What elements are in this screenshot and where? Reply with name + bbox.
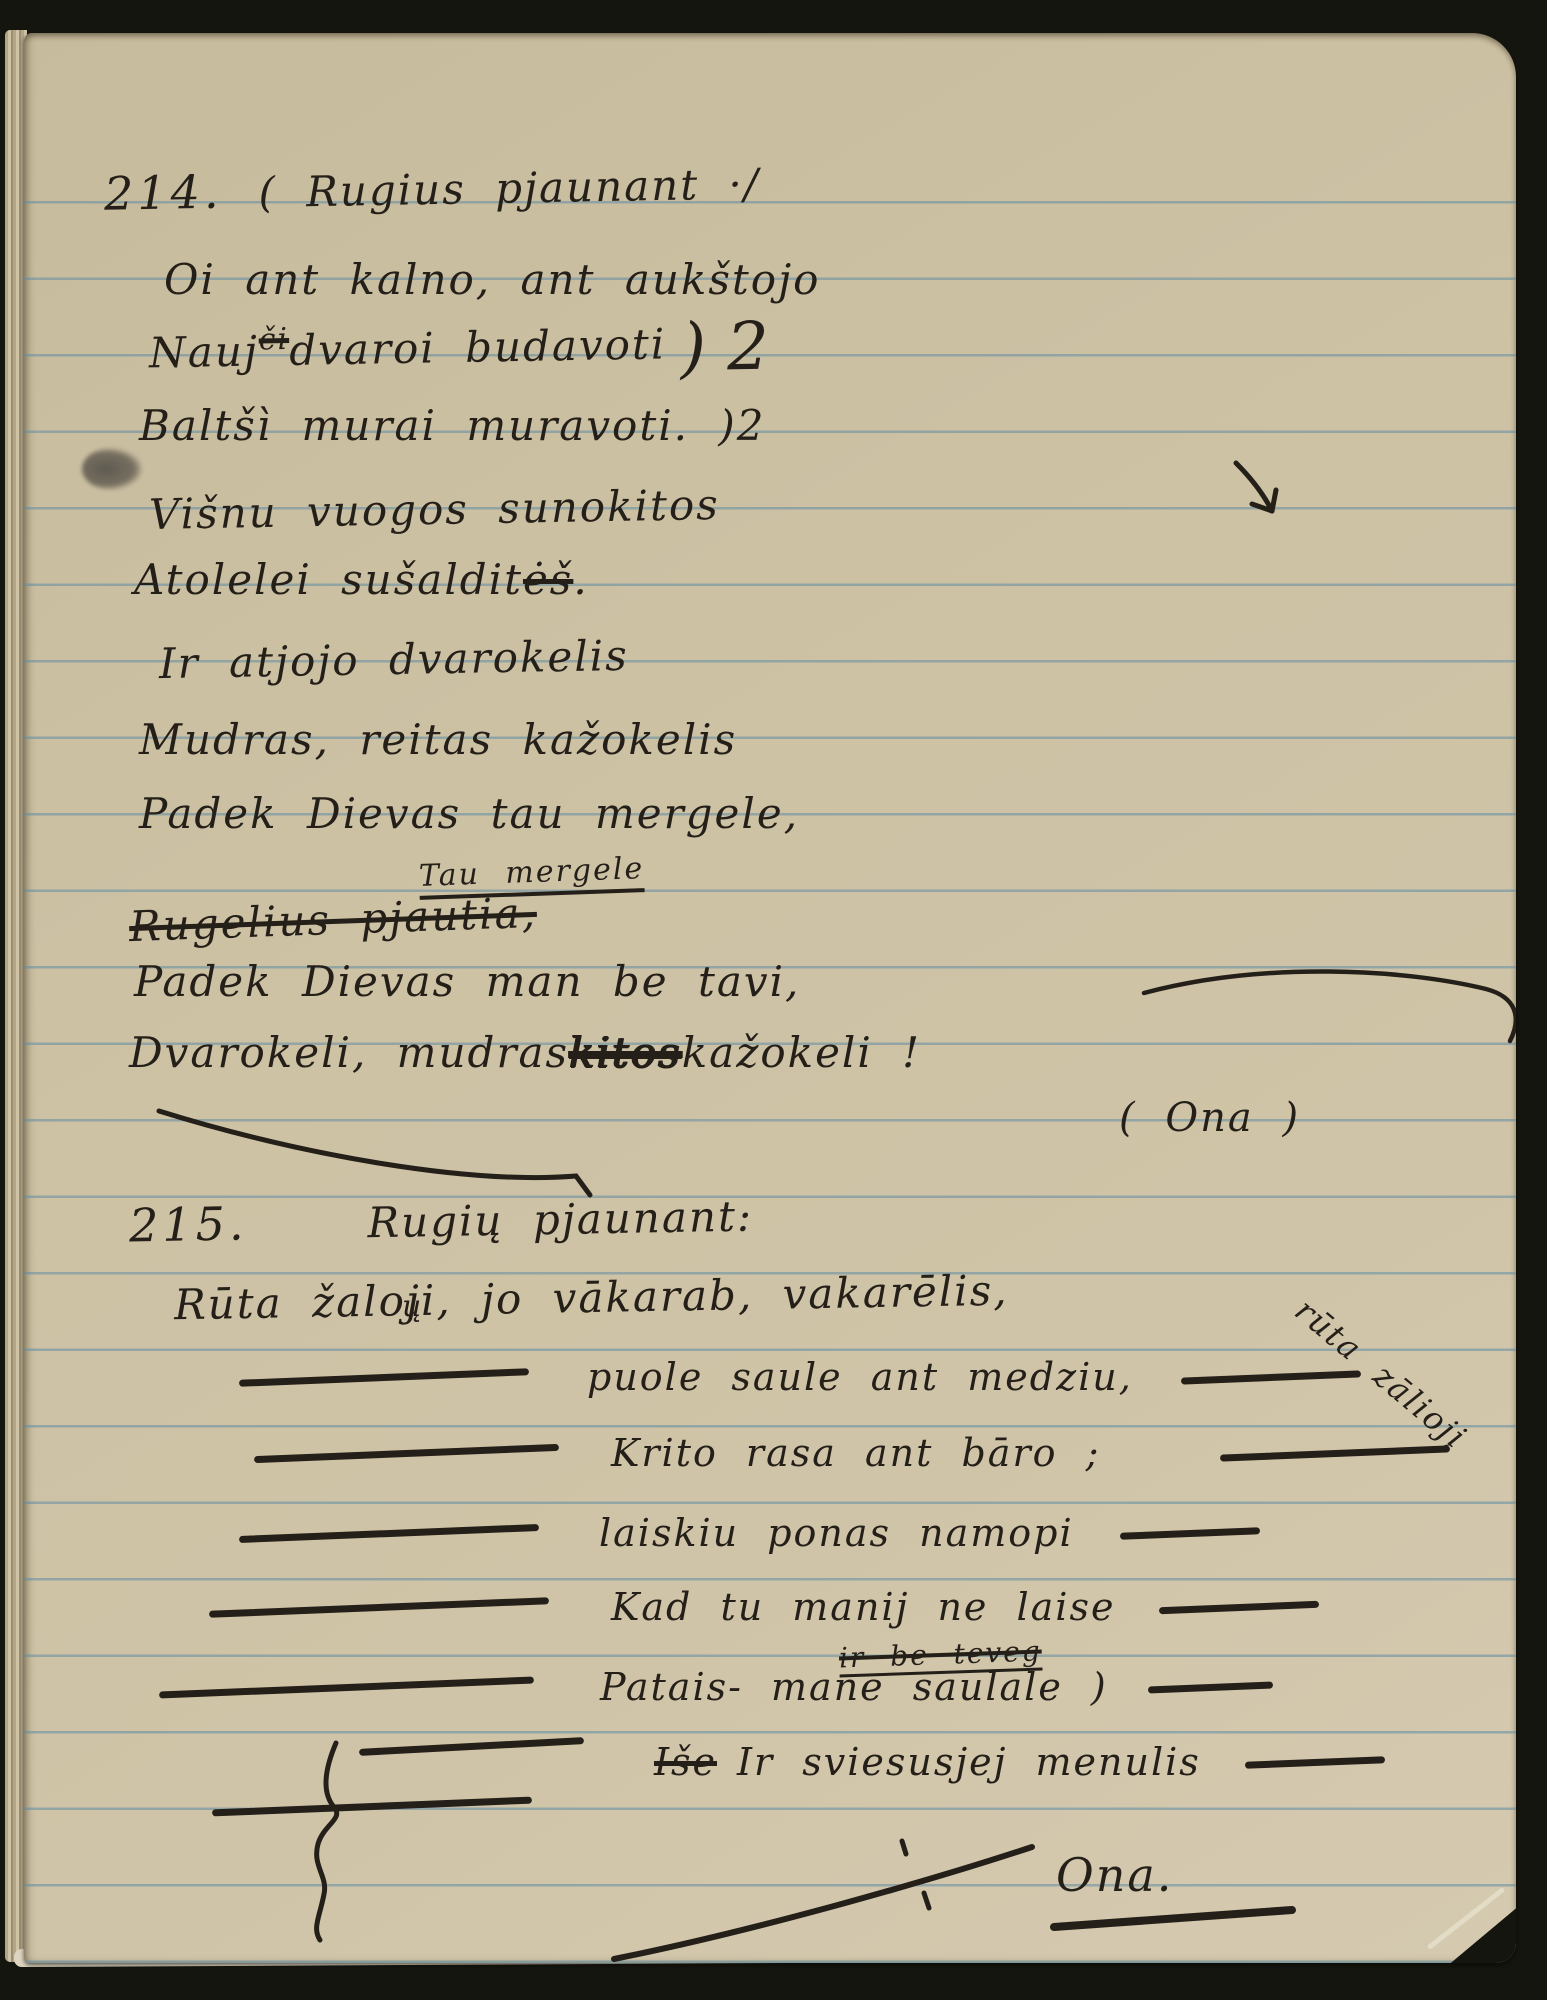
ditto-dash [1148, 1681, 1273, 1693]
verse-line: laiskiu ponas namopi [239, 1511, 1260, 1555]
ditto-dash [239, 1368, 529, 1387]
ditto-dash [1245, 1756, 1385, 1769]
struck-text: ėš [523, 555, 573, 604]
signature: Ona. [1056, 1848, 1173, 1902]
verse-line: Baltšì murai muravoti. )2 [139, 401, 765, 450]
corner-fold [1446, 1905, 1516, 1963]
ditto-dash [254, 1443, 559, 1462]
verse-line: Atolelei sušalditėš. [134, 555, 589, 604]
verse-line: puole saule ant medziu, [239, 1355, 1361, 1399]
song-215-header: 215. Rugių pjaunant: [129, 1188, 754, 1253]
verse-line: Dvarokeli, mudras kitos kažokeli ! [129, 1028, 921, 1077]
ditto-dash [359, 1737, 584, 1756]
verse-line: Patais- mane saulale ) [159, 1665, 1273, 1709]
notebook-page: 214. ( Rugius pjaunant ·/ Oi ant kalno, … [24, 33, 1516, 1963]
song-title: ( Rugius pjaunant ·/ [258, 159, 760, 217]
ink-smudge [82, 448, 142, 490]
verse-line: Kad tu manij ne laise [209, 1585, 1319, 1629]
ditto-dash [1120, 1527, 1260, 1540]
manuscript-scan: { "document": { "type": "handwritten son… [0, 0, 1547, 2000]
repeat-bracket: ) 2 [680, 347, 769, 349]
inserted-correction: či [258, 322, 289, 358]
song-214-header: 214. ( Rugius pjaunant ·/ [104, 155, 761, 220]
ditto-dash [1159, 1600, 1319, 1613]
verse-line: Krito rasa ant bāro ; [254, 1431, 1450, 1475]
ditto-dash [239, 1523, 539, 1542]
verse-line: Višnu vuogos sunokitos [149, 480, 720, 539]
song-number: 214. [104, 165, 223, 221]
struck-text: kitos [569, 1028, 682, 1077]
ditto-dash [159, 1676, 534, 1698]
verse-line: Ir atjojo dvarokelis [159, 631, 629, 688]
verse-line: Padek Dievas man be tavi, [134, 957, 800, 1006]
ditto-dash [209, 1597, 549, 1618]
ditto-dash-row [212, 1803, 532, 1810]
verse-line: Mudras, reitas kažokelis [139, 715, 737, 764]
ditto-dash [1220, 1445, 1450, 1461]
ditto-dash [1181, 1370, 1361, 1384]
song-number: 215. [129, 1196, 248, 1252]
song-title: Rugių pjaunant: [367, 1192, 753, 1248]
attribution: ( Ona ) [1119, 1095, 1300, 1141]
struck-text: Iše [654, 1740, 717, 1784]
verse-line: Iše Ir sviesusjej menulis [359, 1740, 1385, 1784]
verse-line: Oi ant kalno, ant aukštojo [164, 255, 820, 304]
verse-line: Padek Dievas tau mergele, [139, 789, 799, 838]
